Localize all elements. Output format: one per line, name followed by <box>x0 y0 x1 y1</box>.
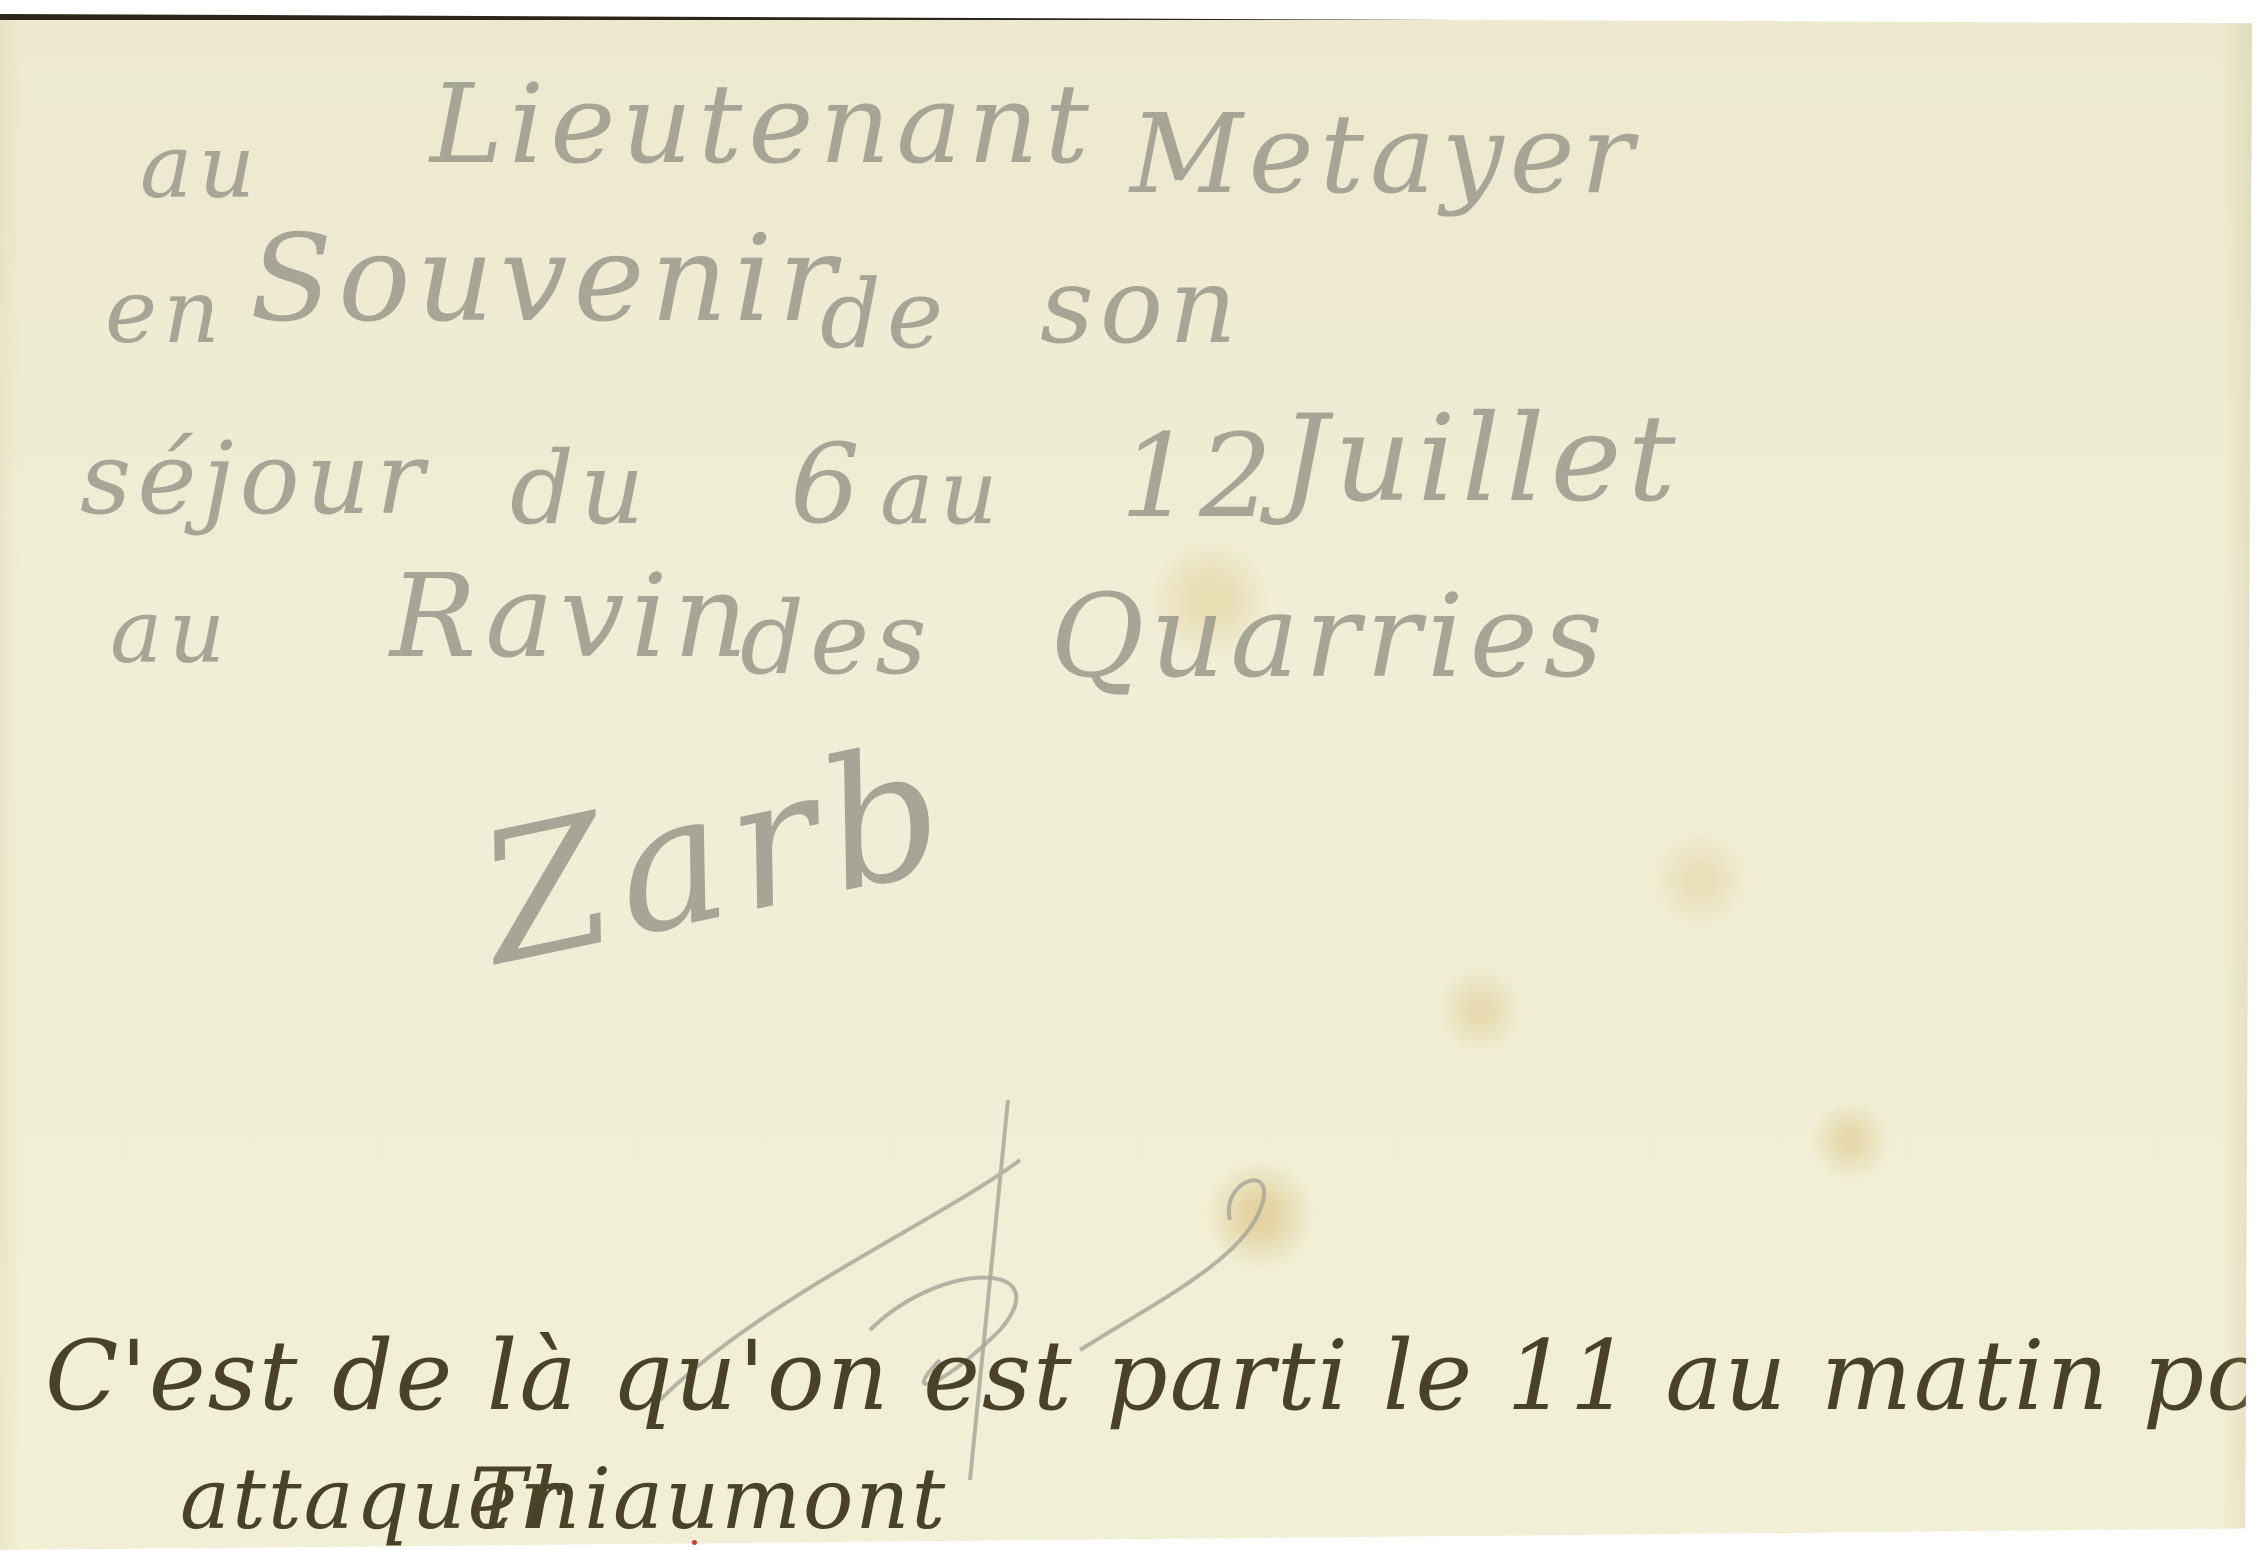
signature: Zarb <box>463 703 970 1006</box>
pencil-word: Metayer <box>1130 90 1639 218</box>
pencil-word: au <box>140 115 261 218</box>
pencil-word: au <box>880 440 1004 545</box>
red-mark <box>692 1540 697 1545</box>
pencil-word: au <box>110 580 231 683</box>
pencil-word: Juillet <box>1280 390 1682 529</box>
signature-flourish <box>640 1100 1340 1500</box>
pencil-word: des <box>740 580 933 697</box>
pencil-word: 12 <box>1120 410 1278 544</box>
ink-word: Thiaumont <box>470 1450 947 1548</box>
pencil-word: Souvenir <box>250 210 842 349</box>
pencil-word: du <box>510 430 650 547</box>
pencil-word: 6 <box>790 420 866 548</box>
pencil-word: séjour <box>80 420 430 537</box>
pencil-word: Ravin <box>390 550 754 684</box>
ink-line-1: C'est de là qu'on est parti le 11 au mat… <box>45 1320 2262 1432</box>
pencil-word: son <box>1040 245 1243 367</box>
pencil-word: Quarries <box>1050 570 1609 704</box>
postcard-back: au Lieutenant Metayer en Souvenir de son… <box>0 14 2252 1550</box>
pencil-word: en <box>105 260 226 363</box>
pencil-word: de <box>820 260 949 370</box>
pencil-word: Lieutenant <box>430 60 1095 188</box>
